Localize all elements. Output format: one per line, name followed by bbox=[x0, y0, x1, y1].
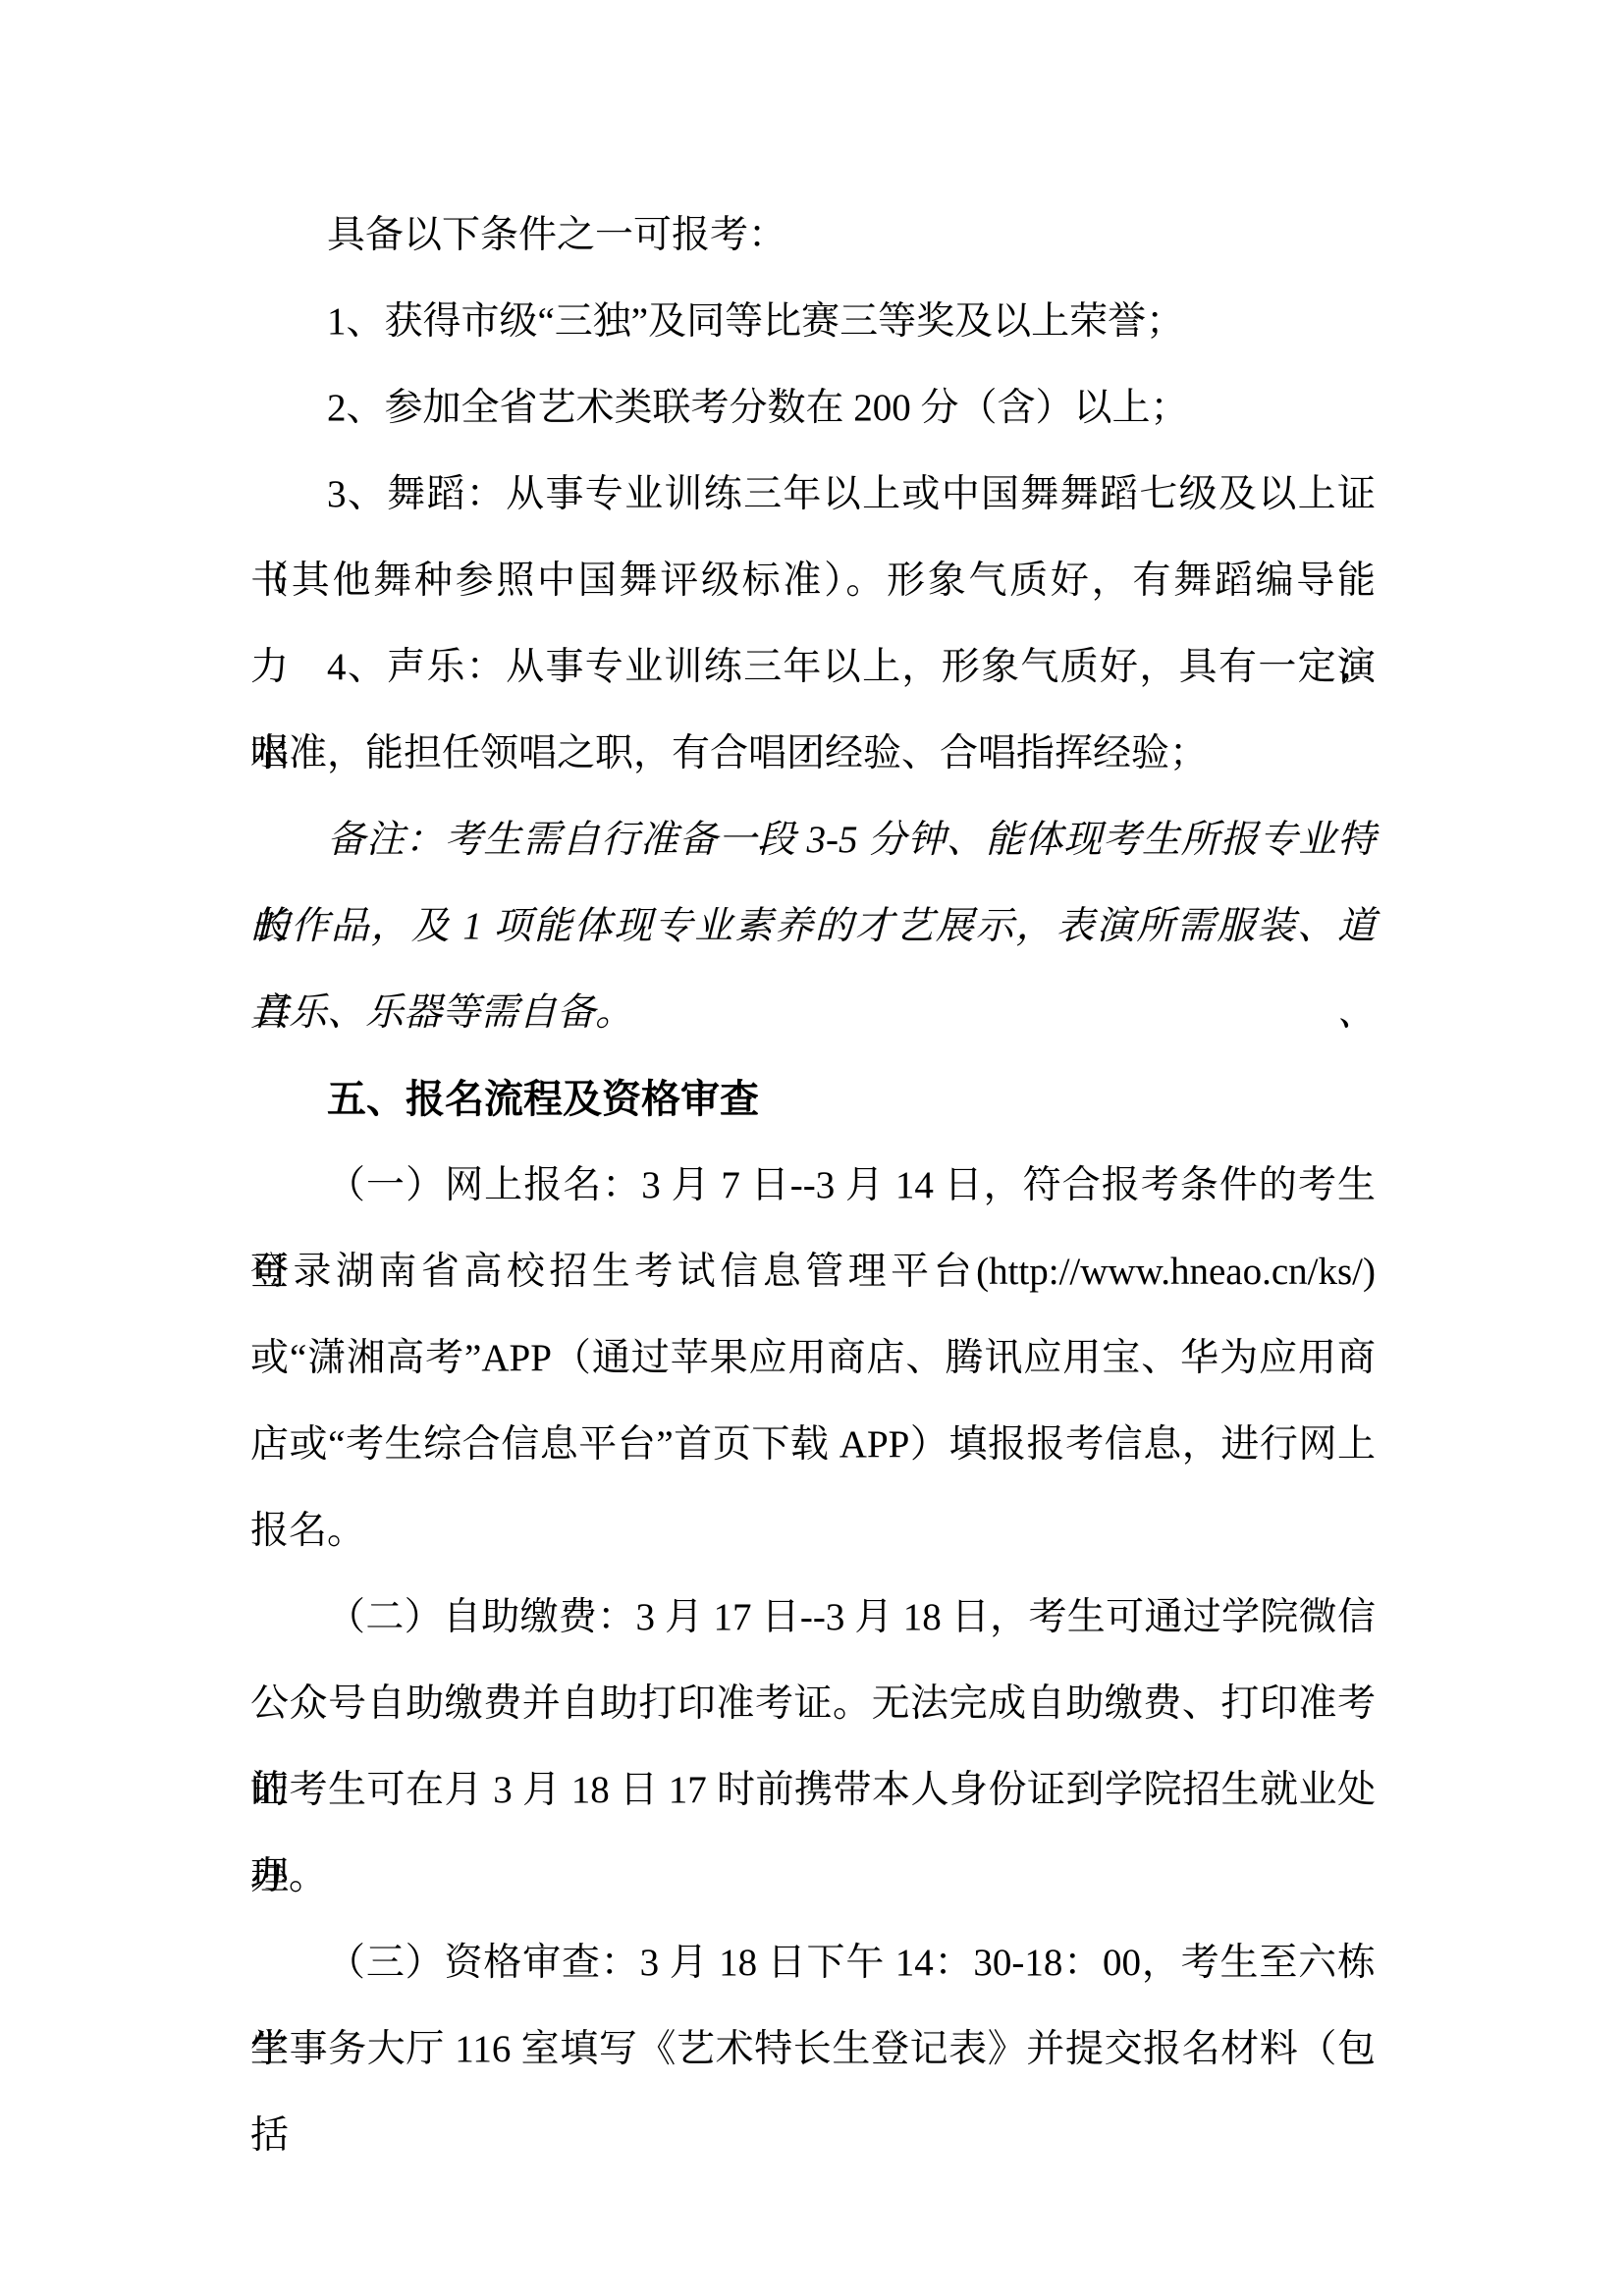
doc-line: 店或“考生综合信息平台”首页下载 APP）填报报考信息，进行网上 bbox=[250, 1402, 1376, 1488]
doc-line: 理。 bbox=[250, 1834, 1376, 1920]
doc-line: 报名。 bbox=[250, 1488, 1376, 1575]
doc-line: （二）自助缴费：3 月 17 日--3 月 18 日，考生可通过学院微信 bbox=[250, 1575, 1376, 1661]
section-heading: 五、报名流程及资格审查 bbox=[250, 1056, 1376, 1143]
text-content: 具备以下条件之一可报考： 1、获得市级“三独”及同等比赛三等奖及以上荣誉； 2、… bbox=[250, 192, 1376, 2093]
doc-line: 3、舞蹈：从事专业训练三年以上或中国舞舞蹈七级及以上证书 bbox=[250, 452, 1376, 538]
doc-line: 的考生可在月 3 月 18 日 17 时前携带本人身份证到学院招生就业处办 bbox=[250, 1747, 1376, 1834]
doc-line: 公众号自助缴费并自助打印准考证。无法完成自助缴费、打印准考证 bbox=[250, 1661, 1376, 1747]
doc-line: 或“潇湘高考”APP（通过苹果应用商店、腾讯应用宝、华为应用商 bbox=[250, 1315, 1376, 1402]
doc-line: 1、获得市级“三独”及同等比赛三等奖及以上荣誉； bbox=[250, 279, 1376, 365]
doc-line: （三）资格审查：3 月 18 日下午 14：30-18：00，考生至六栋学 bbox=[250, 1920, 1376, 2006]
note-line: 备注：考生需自行准备一段 3-5 分钟、能体现考生所报专业特长 bbox=[250, 797, 1376, 883]
doc-line: 生事务大厅 116 室填写《艺术特长生登记表》并提交报名材料（包括 bbox=[250, 2006, 1376, 2093]
doc-line: 2、参加全省艺术类联考分数在 200 分（含）以上； bbox=[250, 365, 1376, 452]
doc-line: 登录湖南省高校招生考试信息管理平台(http://www.hneao.cn/ks… bbox=[250, 1229, 1376, 1315]
note-line: 的作品，及 1 项能体现专业素养的才艺展示，表演所需服装、道具、 bbox=[250, 883, 1376, 970]
doc-line: （其他舞种参照中国舞评级标准）。形象气质好，有舞蹈编导能力； bbox=[250, 538, 1376, 624]
document-page: 具备以下条件之一可报考： 1、获得市级“三独”及同等比赛三等奖及以上荣誉； 2、… bbox=[0, 0, 1624, 2296]
doc-line: 水准，能担任领唱之职，有合唱团经验、合唱指挥经验； bbox=[250, 711, 1376, 797]
doc-line: （一）网上报名：3 月 7 日--3 月 14 日，符合报考条件的考生可 bbox=[250, 1143, 1376, 1229]
doc-line: 4、声乐：从事专业训练三年以上，形象气质好，具有一定演唱 bbox=[250, 624, 1376, 711]
doc-line: 具备以下条件之一可报考： bbox=[250, 192, 1376, 279]
